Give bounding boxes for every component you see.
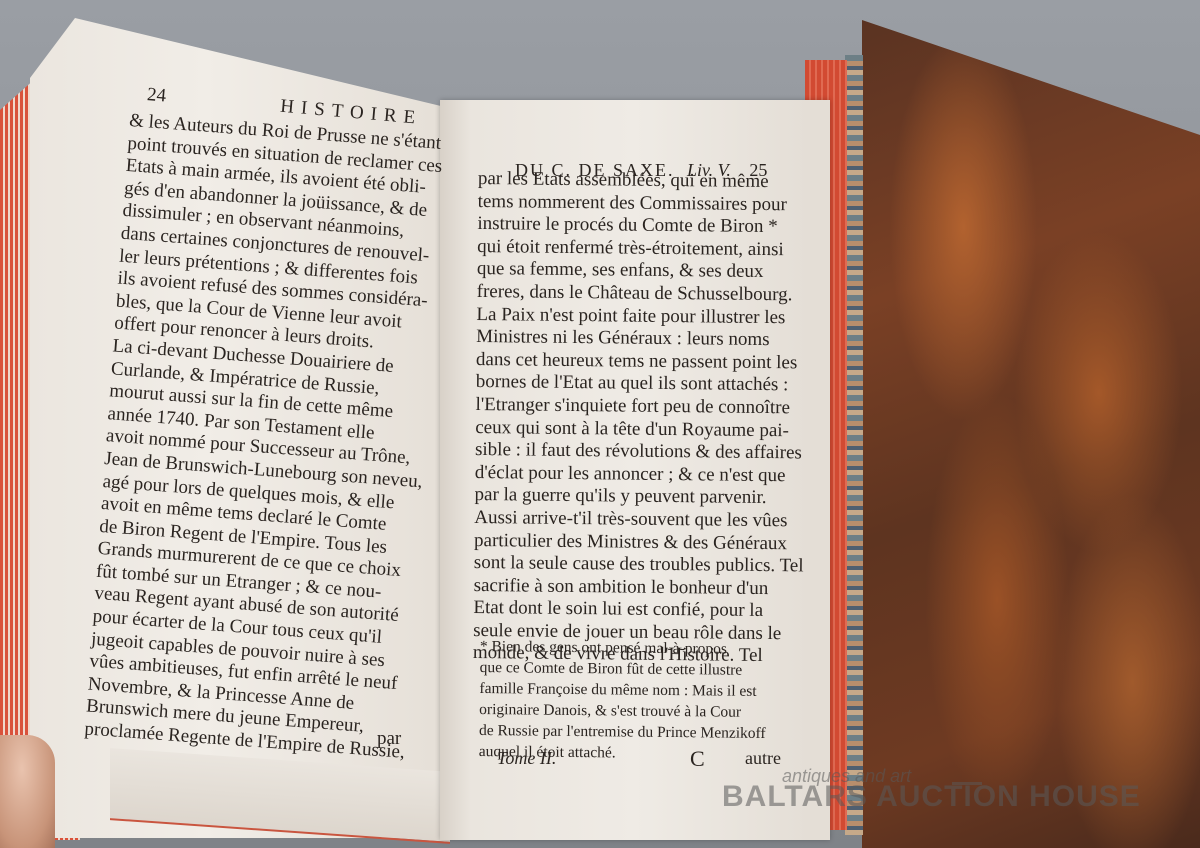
text-line: l'Etranger s'inquiete fort peu de connoî… (475, 394, 805, 420)
signature-letter: C (690, 746, 705, 772)
text-line: par la guerre qu'ils y peuvent parvenir. (474, 484, 804, 510)
text-line: instruire le procés du Comte de Biron * (477, 213, 807, 239)
left-catchword: par (377, 728, 401, 750)
right-catchword: autre (745, 748, 781, 769)
watermark: antiques and art BALTARS AUCTION HOUSE (722, 780, 1141, 814)
text-line: * Bien des gens ont pensé mal-à-propos (480, 636, 767, 660)
marbled-endpaper (845, 55, 863, 835)
left-page-text: & les Auteurs du Roi de Prusse ne s'étan… (84, 110, 451, 764)
text-line: sible : il faut des révolutions & des af… (475, 439, 805, 465)
left-page-number: 24 (146, 84, 167, 107)
text-line: de Russie par l'entremise du Prince Menz… (479, 720, 766, 744)
footnote: * Bien des gens ont pensé mal-à-proposqu… (479, 636, 767, 765)
crown-icon (952, 758, 982, 785)
text-line: famille Françoise du même nom : Mais il … (479, 678, 766, 702)
watermark-subtitle: antiques and art (782, 766, 911, 787)
text-line: par les Etats assemblées, qui en même (478, 168, 808, 194)
text-line: sont la seule cause des troubles publics… (474, 552, 804, 578)
text-line: freres, dans le Château de Schusselbourg… (477, 281, 807, 307)
text-line: Etat dont le soin lui est confié, pour l… (473, 597, 803, 623)
text-line: originaire Danois, & s'est trouvé à la C… (479, 699, 766, 723)
thumb (0, 735, 55, 848)
text-line: Ministres ni les Généraux : leurs noms (476, 326, 806, 352)
leather-cover (862, 20, 1200, 848)
text-line: bornes de l'Etat au quel ils sont attach… (476, 371, 806, 397)
text-line: Aussi arrive-t'il très-souvent que les v… (474, 507, 804, 533)
right-page-text: par les Etats assemblées, qui en mêmetem… (473, 168, 808, 668)
signature-tome: Tome II. (497, 748, 556, 769)
text-line: que ce Comte de Biron fût de cette illus… (480, 657, 767, 681)
